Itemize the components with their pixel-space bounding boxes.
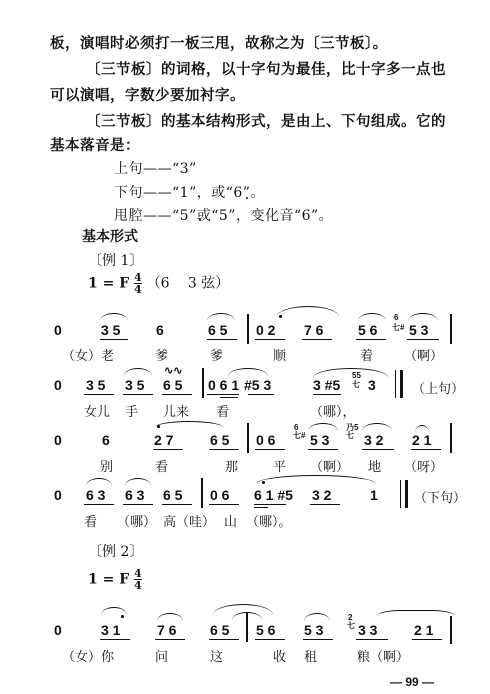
note: 0	[54, 322, 62, 338]
grace-note: 6	[394, 314, 398, 322]
lyric: （呀）	[404, 456, 443, 475]
lyric: 平	[273, 456, 286, 475]
lyric: 收	[273, 646, 286, 665]
phrase-label: （下句）	[414, 487, 466, 506]
lyric: 山	[224, 511, 237, 530]
note: 3 5	[86, 377, 105, 393]
time-signature: 44	[134, 568, 142, 591]
falling-tone-upper: 上句——“3”	[114, 158, 197, 178]
page-number: — 99 —	[390, 675, 434, 689]
note: 2 1	[414, 622, 433, 638]
note: 3 1	[101, 622, 120, 638]
barline	[450, 616, 452, 644]
barline	[246, 612, 248, 642]
note: 3 2	[312, 487, 331, 503]
slur	[207, 313, 235, 321]
note: 6	[102, 432, 110, 448]
note: 7 6	[157, 622, 176, 638]
grace-note: 55	[352, 372, 361, 380]
note: 6 5	[163, 487, 182, 503]
grace-note: 七	[352, 381, 360, 389]
paragraph-line-1: 板，演唱时必须打一板三甩，故称之为〔三节板〕。	[50, 32, 388, 53]
note: 6 5	[210, 432, 229, 448]
lyric: 地	[368, 456, 381, 475]
time-signature: 44	[134, 272, 142, 295]
lyric: （女）你	[62, 646, 114, 665]
paragraph-line-4: 〔三节板〕的基本结构形式，是由上、下句组成。它的	[86, 110, 446, 131]
note: 6 5	[163, 377, 182, 393]
barline	[450, 314, 452, 344]
trill-ornament: ∿∿	[164, 364, 182, 377]
note: 5 3	[304, 622, 323, 638]
note: 6 1 #5	[254, 487, 293, 503]
note: 3 5	[125, 377, 144, 393]
lyric: 这	[210, 646, 223, 665]
lyric: 看	[216, 401, 229, 420]
note: 6 5	[210, 622, 229, 638]
falling-tone-value: “1”，或“6”。	[172, 185, 265, 201]
paragraph-line-2: 〔三节板〕的词格，以十字句为最佳，比十字多一点也	[86, 58, 446, 79]
note: 0	[54, 377, 62, 393]
note: 0 6	[210, 487, 229, 503]
barline	[202, 368, 204, 398]
slur	[358, 313, 386, 321]
example-1-key-signature: 1 = F 44 （6 3 弦）	[88, 272, 229, 295]
note: 7 6	[304, 322, 323, 338]
lyric: 爹	[210, 345, 223, 364]
note: #5 3	[244, 377, 271, 393]
note: 5 3	[310, 432, 329, 448]
falling-tone-label: 上句——	[114, 161, 172, 177]
lyric: （啊）	[310, 456, 349, 475]
double-barline	[395, 370, 403, 398]
note: 3 3	[358, 622, 377, 638]
grace-note: 七	[346, 432, 354, 440]
falling-tone-label: 甩腔——	[114, 208, 172, 224]
note: 6 5	[208, 322, 227, 338]
key-text: 1 = F	[88, 276, 129, 292]
note: 1	[370, 487, 378, 503]
note: 2 1	[412, 432, 431, 448]
low-octave-dot	[246, 197, 248, 199]
note: 5 6	[256, 622, 275, 638]
lyric: 粮（啊）	[357, 646, 409, 665]
lyric: （哪）	[117, 511, 156, 530]
note: 0 6 1	[208, 377, 239, 393]
key-text: 1 = F	[88, 572, 129, 588]
note: 2 7	[154, 432, 173, 448]
note: 3	[368, 377, 376, 393]
falling-tone-lower: 下句——“1”，或“6”。	[114, 182, 265, 202]
note: 3 2	[364, 432, 383, 448]
lyric: 儿来	[163, 401, 189, 420]
lyric: 租	[304, 646, 317, 665]
example-2-key-signature: 1 = F 44	[88, 568, 142, 591]
lyric: 问	[155, 646, 168, 665]
note: 5 3	[409, 322, 428, 338]
phrase-label: （上句）	[412, 378, 464, 397]
lyric: （哪）。	[246, 511, 292, 530]
note: 0	[54, 487, 62, 503]
grace-note: 七#	[293, 432, 305, 440]
falling-tone-label: 下句——	[114, 185, 172, 201]
tuning-note: （6 3 弦）	[147, 276, 230, 292]
note: 0	[54, 432, 62, 448]
lyric: 着	[360, 345, 373, 364]
falling-tone-value: “3”	[172, 161, 197, 177]
section-title: 基本形式	[82, 226, 138, 246]
note: 3 5	[101, 322, 120, 338]
note: 3 #5	[313, 377, 340, 393]
lyric: （哪），	[310, 401, 356, 420]
lyric: 那	[225, 456, 238, 475]
lyric: 别	[100, 456, 113, 475]
note: 6 3	[86, 487, 105, 503]
example-2-label: 〔例 2〕	[88, 541, 143, 561]
note: 6 3	[125, 487, 144, 503]
barline	[201, 478, 203, 508]
lyric: 女儿	[84, 401, 110, 420]
low-octave-dot	[199, 219, 201, 221]
double-barline	[400, 480, 408, 508]
lyric: （女）老	[62, 345, 114, 364]
lyric: 看	[155, 456, 168, 475]
example-1-label: 〔例 1〕	[88, 250, 143, 270]
note: 6	[156, 322, 164, 338]
note: 0	[54, 622, 62, 638]
note: 5 6	[358, 322, 377, 338]
slur	[277, 306, 339, 317]
barline	[247, 423, 249, 453]
lyric: 手	[125, 401, 138, 420]
lyric: 高（哇）	[163, 511, 215, 530]
lyric: （啊）	[404, 345, 443, 364]
lyric: 看	[84, 511, 97, 530]
slur	[100, 313, 128, 321]
grace-note: 七	[347, 622, 355, 630]
barline	[450, 423, 452, 453]
note: 0 2	[256, 322, 275, 338]
falling-tone-value: “5”或“5”，变化音“6”。	[172, 208, 333, 224]
note: 0 6	[256, 432, 275, 448]
barline	[247, 314, 249, 344]
slur	[408, 313, 438, 321]
paragraph-line-3: 可以演唱，字数少要加衬字。	[50, 84, 245, 105]
lyric: 爹	[155, 345, 168, 364]
paragraph-line-5: 基本落音是：	[50, 134, 140, 155]
grace-note: 七#	[392, 324, 404, 332]
falling-tone-tail: 甩腔——“5”或“5”，变化音“6”。	[114, 205, 333, 225]
lyric: 顺	[273, 345, 286, 364]
